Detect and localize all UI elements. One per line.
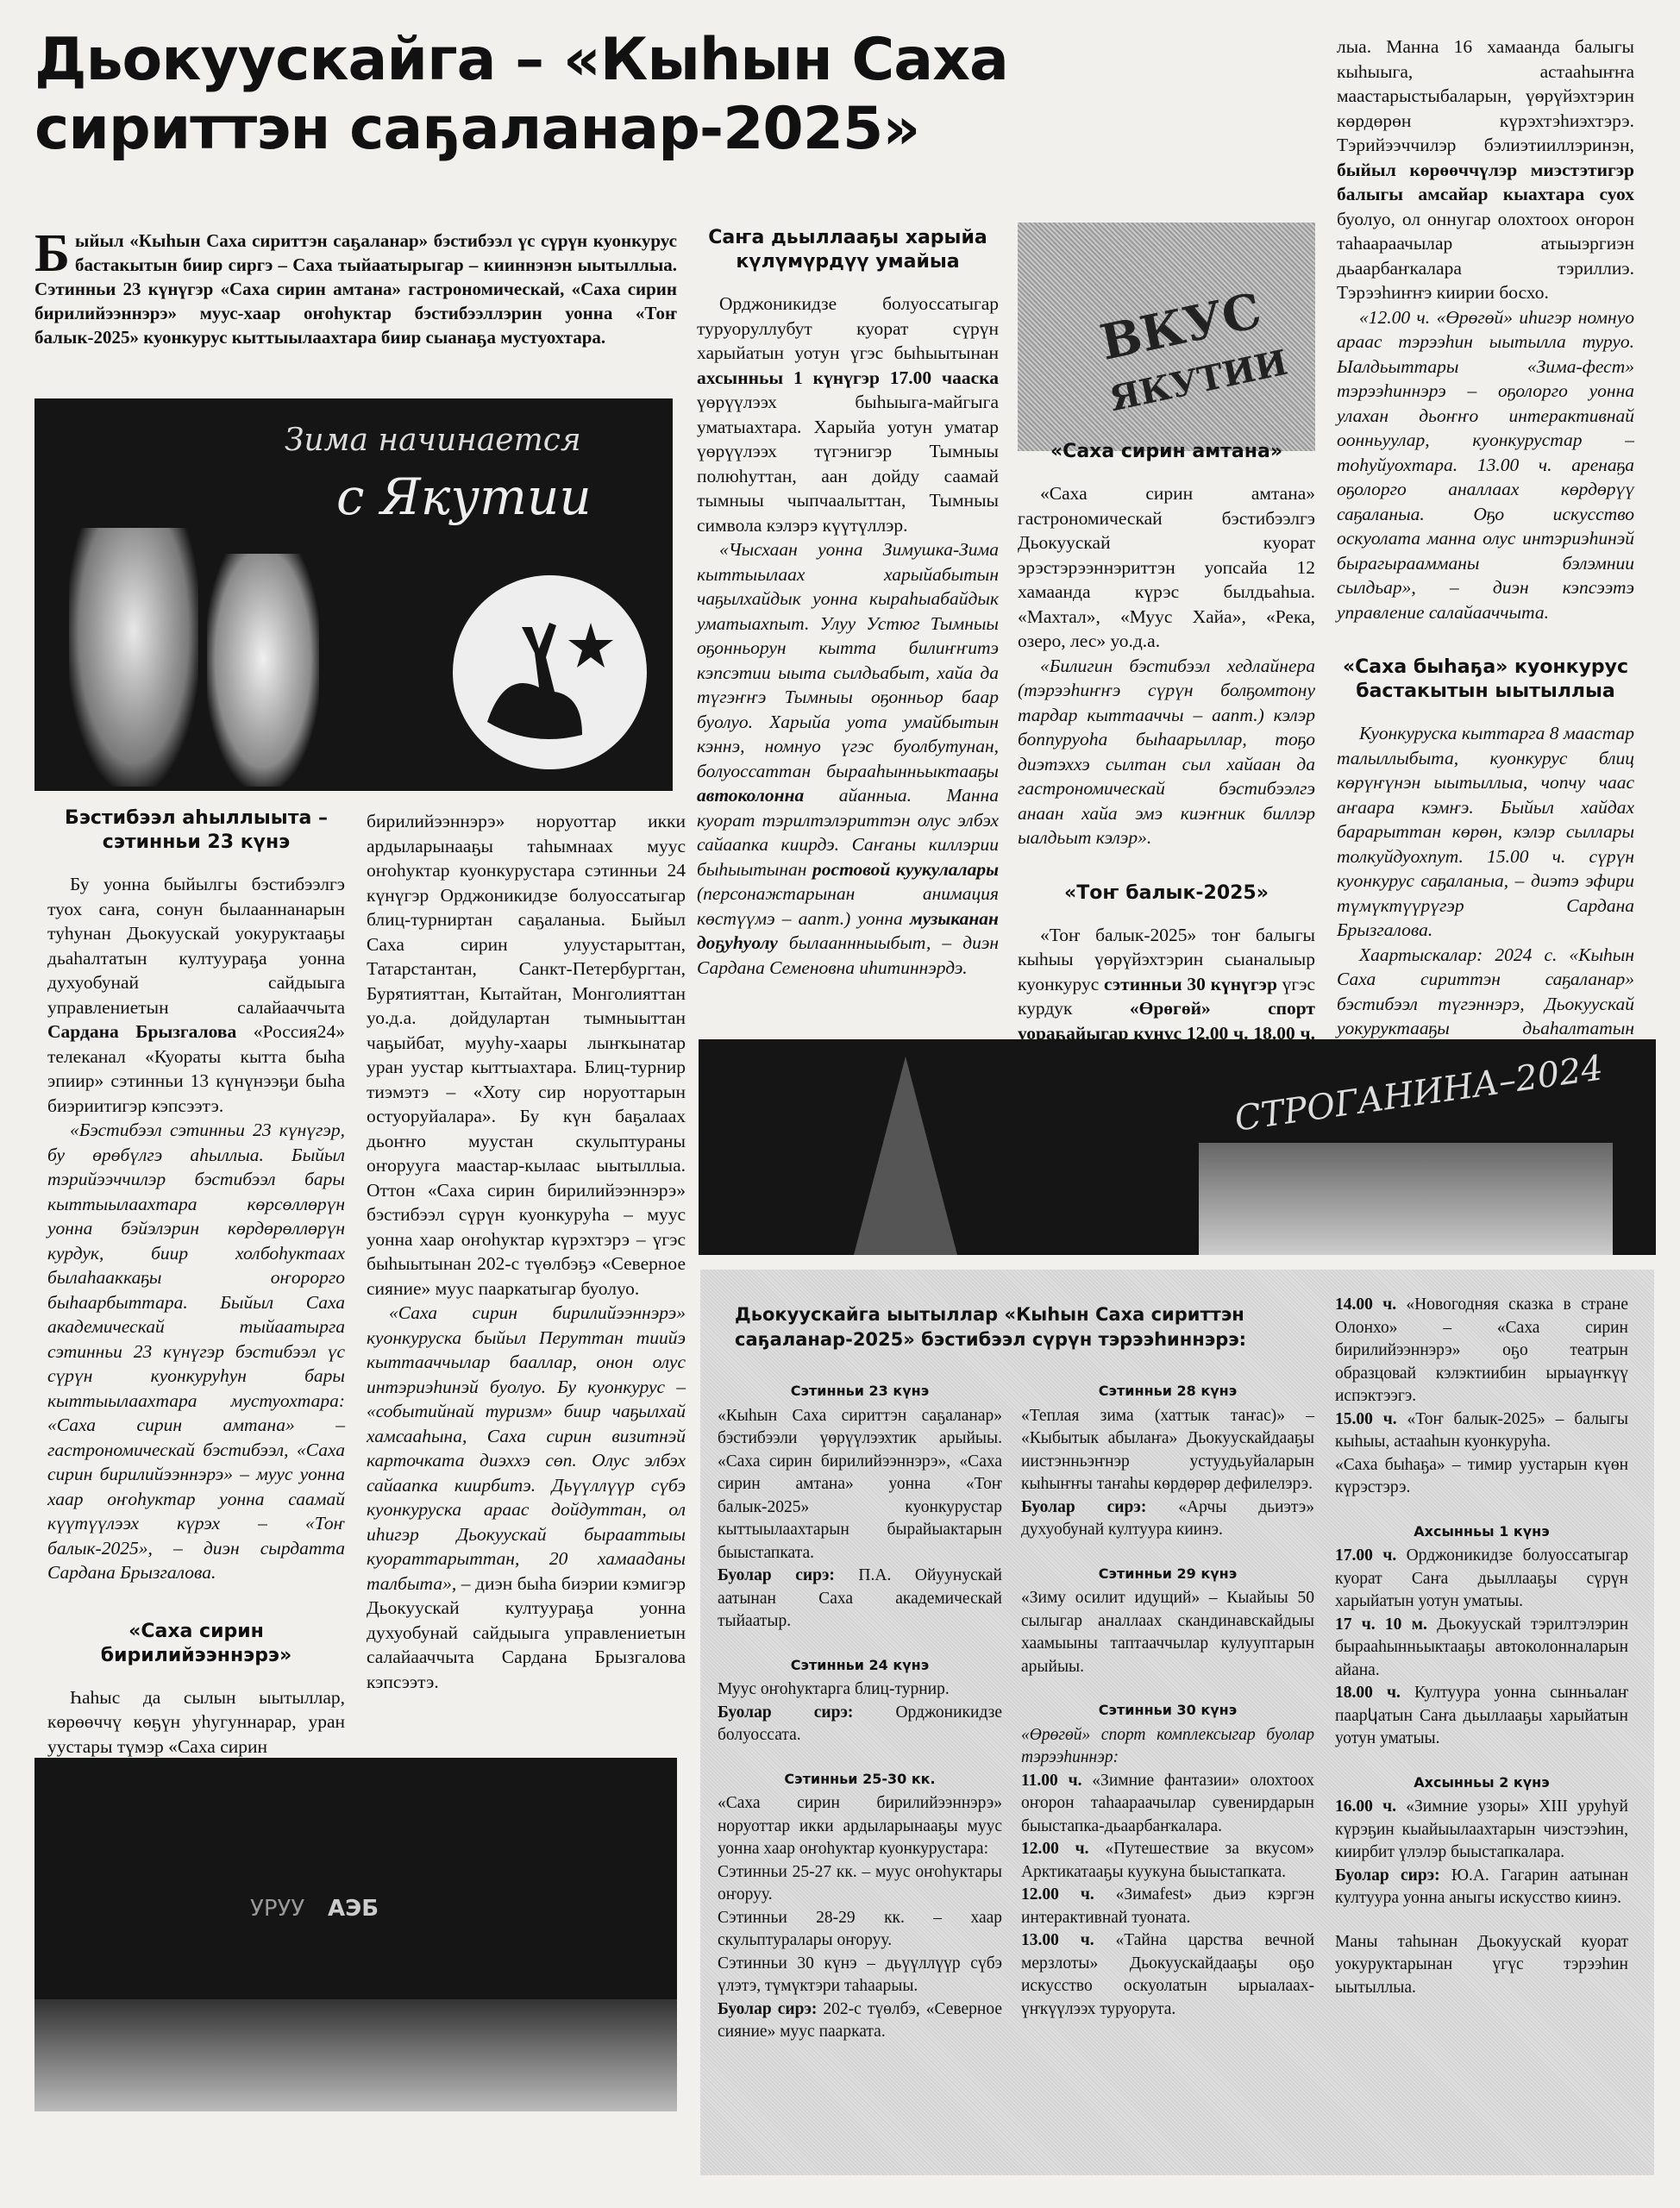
event-text: Сэтинньи 28-29 кк. – хаар скульптуралары… (718, 1907, 1002, 1953)
ceremony-banner-2: АЭБ (328, 1896, 379, 1922)
day-heading: Сэтинньи 30 күнэ (1021, 1699, 1314, 1722)
headline: Дьокуускайга – «Кыһын Саха сириттэн саҕа… (34, 26, 1035, 164)
paragraph: Бу уонна быйылгы бэстибээлгэ туох саҥа, … (47, 872, 345, 1118)
ded-moroz-figure (69, 528, 198, 787)
schedule-col-3: 14.00 ч. «Новогодняя сказка в стране Оло… (1335, 1294, 1628, 1999)
event-intro: «Өрөгөй» спорт комплексыгар буолар тэрээ… (1021, 1724, 1314, 1770)
headline-line-2: сириттэн саҕаланар-2025» (34, 95, 1035, 164)
event-item: 11.00 ч. «Зимние фантазии» олохтоох оҥор… (1021, 1770, 1314, 1839)
venue-line: Буолар сирэ: П.А. Ойуунускай аатынан Сах… (718, 1565, 1002, 1634)
paragraph: Һаһыс да сылын ыытыллар, көрөөччү көҕүн … (47, 1685, 345, 1759)
photo-vkus-yakutii: ВКУС ЯКУТИИ (1018, 223, 1315, 451)
column-opening: Бэстибээл аһыллыыта – сэтинньи 23 күнэ Б… (47, 806, 345, 1759)
quote-paragraph: Куонкуруска кыттарга 8 маастар талыллыбы… (1337, 721, 1634, 943)
poster-caption-1: Зима начинается (285, 423, 581, 458)
reindeer-star-logo-icon (453, 575, 647, 769)
event-item: 18.00 ч. Култуура уонна сынньалаҥ паарկа… (1335, 1682, 1628, 1751)
headline-line-1: Дьокуускайга – «Кыһын Саха (34, 26, 1035, 95)
snegurochka-figure (207, 554, 319, 787)
event-item: 14.00 ч. «Новогодняя сказка в стране Оло… (1335, 1294, 1628, 1408)
section-heading-knife-contest: «Саха быһаҕа» куонкурус бастакытын ыытыл… (1337, 655, 1634, 704)
section-heading-frozen-fish: «Тоҥ балык-2025» (1018, 881, 1315, 906)
venue-line: Буолар сирэ: Ю.А. Гагарин аатынан култуу… (1335, 1865, 1628, 1910)
schedule-title: Дьокуускайга ыытыллар «Кыһын Саха сиритт… (735, 1302, 1287, 1352)
photo-award-ceremony: УРУУ АЭБ (34, 1758, 677, 2111)
column-ice-sculptures: бирилийээннэрэ» норуоттар икки ардыларын… (367, 809, 686, 1694)
quote-paragraph: «Бэстибээл сэтинньи 23 күнүгэр, бу өрөбү… (47, 1118, 345, 1585)
event-text: «Кыһын Саха сириттэн саҕаланар» бэстибээ… (718, 1405, 1002, 1565)
day-heading: Сэтинньи 28 күнэ (1021, 1380, 1314, 1403)
event-item: 17 ч. 10 м. Дьокуускай тэрилтэлэрин быра… (1335, 1614, 1628, 1683)
event-text: «Теплая зима (хаттык таҥас)» – «Кыбытык … (1021, 1405, 1314, 1496)
christmas-tree (854, 1057, 957, 1255)
event-item: 17.00 ч. Орджоникидзе болуоссатыгар куор… (1335, 1545, 1628, 1614)
event-text: «Саха сирин бирилийээннэрэ» норуоттар ик… (718, 1792, 1002, 1861)
section-heading-gastronomy: «Саха сирин амтана» (1018, 440, 1315, 464)
quote-paragraph: «Саха сирин бирилийээннэрэ» куонкуруска … (367, 1301, 686, 1694)
event-item: 12.00 ч. «Зимаfest» дьиэ кэргэн интеракт… (1021, 1884, 1314, 1929)
paragraph: бирилийээннэрэ» норуоттар икки ардыларын… (367, 809, 686, 1301)
paragraph: Орджоникидзе болуоссатыгар туруоруллубут… (697, 292, 999, 537)
section-heading-tree-lighting: Саҥа дьыллааҕы харыйа күлүмүрдүү умайыа (697, 226, 999, 274)
section-heading-ice-sculptures: «Саха сирин бирилийээннэрэ» (47, 1620, 345, 1668)
venue-line: Буолар сирэ: Орджоникидзе болуоссата. (718, 1702, 1002, 1747)
section-heading-opening: Бэстибээл аһыллыыта – сэтинньи 23 күнэ (47, 806, 345, 855)
schedule-col-2: Сэтинньи 28 күнэ «Теплая зима (хаттык та… (1021, 1380, 1314, 2021)
day-heading: Сэтинньи 29 күнэ (1021, 1563, 1314, 1586)
event-text: Сэтинньи 25-27 кк. – муус оҥоһуктары оҥо… (718, 1861, 1002, 1907)
stage-floor (34, 1999, 677, 2111)
paragraph: «Саха сирин амтана» гастрономическай бэс… (1018, 481, 1315, 654)
stage-banner: СТРОГАНИНА–2024 (1232, 1048, 1606, 1138)
photo-stroganina-stage: СТРОГАНИНА–2024 (699, 1039, 1656, 1255)
quote-paragraph: «12.00 ч. «Өрөгөй» иһигэр номнуо араас т… (1337, 305, 1634, 625)
schedule-col-1: Сэтинньи 23 күнэ «Кыһын Саха сириттэн са… (718, 1380, 1002, 2044)
day-heading: Ахсынньы 1 күнэ (1335, 1521, 1628, 1544)
event-text: «Зиму осилит идущий» – Кыайыы 50 сылыгар… (1021, 1587, 1314, 1678)
column-tree-lighting: Саҥа дьыллааҕы харыйа күлүмүрдүү умайыа … (697, 226, 999, 980)
day-heading: Сэтинньи 25-30 кк. (718, 1768, 1002, 1791)
venue-line: Буолар сирэ: 202-с түөлбэ, «Северное сия… (718, 1998, 1002, 2044)
quote-paragraph: «Чысхаан уонна Зимушка-Зима кыттыылаах х… (697, 537, 999, 980)
event-item: 13.00 ч. «Тайна царства вечной мерзлоты»… (1021, 1929, 1314, 2021)
event-text: Сэтинньи 30 күнэ – дьүүллүүр сүбэ үлэтэ,… (718, 1953, 1002, 1998)
column-fish-knife: лыа. Манна 16 хамаанда балыгы кыһыыга, а… (1337, 34, 1634, 1065)
stage-performers (1199, 1143, 1613, 1255)
day-heading: Ахсынньы 2 күнэ (1335, 1772, 1628, 1795)
lead-paragraph: Быйыл «Кыһын Саха сириттэн саҕаланар» бэ… (34, 229, 677, 349)
event-text: «Саха быһаҕа» – тимир уустарын күөн күрэ… (1335, 1454, 1628, 1500)
day-heading: Сэтинньи 23 күнэ (718, 1380, 1002, 1403)
poster-caption-2: с Якутии (336, 467, 592, 526)
schedule-note: Маны таһынан Дьокуускай куорат уокурукта… (1335, 1931, 1628, 2000)
schedule-box: Дьокуускайга ыытыллар «Кыһын Саха сиритт… (700, 1270, 1654, 2175)
ceremony-banner-1: УРУУ (250, 1896, 304, 1922)
day-heading: Сэтинньи 24 күнэ (718, 1654, 1002, 1678)
event-item: 12.00 ч. «Путешествие за вкусом» Арктика… (1021, 1838, 1314, 1884)
drop-cap: Б (34, 230, 70, 277)
event-item: 16.00 ч. «Зимние узоры» XIII уруһуй күрэ… (1335, 1796, 1628, 1865)
paragraph: лыа. Манна 16 хамаанда балыгы кыһыыга, а… (1337, 34, 1634, 305)
event-text: Муус оҥоһуктарга блиц-турнир. (718, 1678, 1002, 1702)
quote-paragraph: «Билигин бэстибээл хедлайнера (тэрээһиҥҥ… (1018, 654, 1315, 850)
event-item: 15.00 ч. «Тоҥ балык-2025» – балыгы кыһыы… (1335, 1408, 1628, 1454)
venue-line: Буолар сирэ: «Арчы дьиэтэ» духуобунай ку… (1021, 1496, 1314, 1542)
lead-text: ыйыл «Кыһын Саха сириттэн саҕаланар» бэс… (34, 230, 677, 348)
column-gastronomy: «Саха сирин амтана» «Саха сирин амтана» … (1018, 440, 1315, 1070)
photo-winter-poster: Зима начинается с Якутии (34, 398, 673, 791)
